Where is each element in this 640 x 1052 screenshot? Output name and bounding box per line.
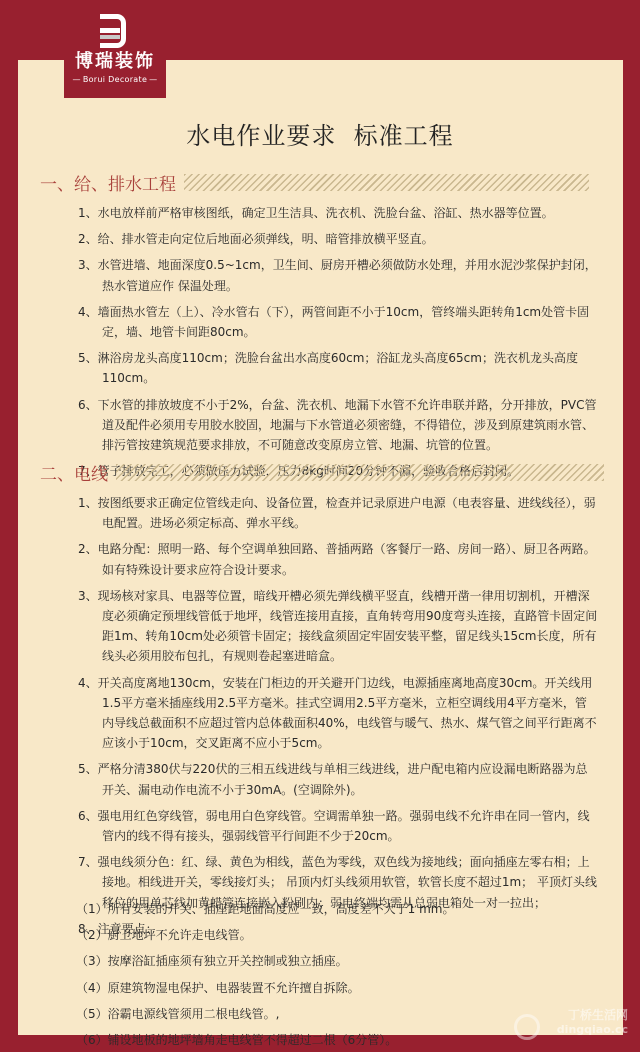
brand-logo: 博瑞装饰 Borui Decorate [64,0,166,98]
note-item: （4）原建筑物湿电保护、电器装置不允许擅自拆除。 [76,978,596,998]
list-item: 5、淋浴房龙头高度110cm；洗脸台盆出水高度60cm；浴缸龙头高度65cm；洗… [78,348,598,388]
plumbing-requirements-list: 1、水电放样前严格审核图纸，确定卫生洁具、洗衣机、洗脸台盆、浴缸、热水器等位置。… [78,203,598,487]
list-item: 2、电路分配：照明一路、每个空调单独回路、普插两路（客餐厅一路、房间一路）、厨卫… [78,539,598,579]
list-item: 6、下水管的排放坡度不小于2%，台盆、洗衣机、地漏下水管不允许串联并路，分开排放… [78,395,598,456]
brand-name-en: Borui Decorate [71,75,160,84]
section-heading-plumbing: 一、给、排水工程 [40,170,589,195]
note-item: （1）所有安装的开关、插座距地面高度应一致，高度差不大于1 mm。 [76,899,596,919]
list-item: 4、开关高度离地130cm，安装在门柜边的开关避开门边线，电源插座离地高度30c… [78,673,598,754]
section-heading-label: 一、给、排水工程 [40,170,176,195]
brand-name-cn: 博瑞装饰 [75,52,155,72]
hatch-divider [116,464,604,481]
list-item: 4、墙面热水管左（上）、冷水管右（下），两管间距不小于10cm，管终端头距转角1… [78,302,598,342]
watermark: 丁桥生活网 dingqiao.cc [508,1006,628,1050]
section-heading-label: 二、电线 [40,460,108,485]
list-item: 3、水管进墙、地面深度0.5~1cm，卫生间、厨房开槽必须做防水处理，并用水泥沙… [78,255,598,295]
list-item: 6、强电用红色穿线管，弱电用白色穿线管。空调需单独一路。强弱电线不允许串在同一管… [78,806,598,846]
list-item: 1、水电放样前严格审核图纸，确定卫生洁具、洗衣机、洗脸台盆、浴缸、热水器等位置。 [78,203,598,223]
list-item: 2、给、排水管走向定位后地面必须弹线，明、暗管排放横平竖直。 [78,229,598,249]
list-item: 3、现场核对家具、电器等位置，暗线开槽必须先弹线横平竖直，线槽开凿一律用切割机，… [78,586,598,667]
section-heading-electrical: 二、电线 [40,460,604,485]
watermark-logo-icon [514,1014,540,1040]
page-title: 水电作业要求 标准工程 [0,116,640,151]
b-logo-icon [100,14,130,48]
hatch-divider [184,174,589,191]
note-item: （2）厨卫地坪不允许走电线管。 [76,925,596,945]
note-item: （3）按摩浴缸插座须有独立开关控制或独立插座。 [76,951,596,971]
electrical-requirements-list: 1、按图纸要求正确定位管线走向、设备位置，检查并记录原进户电源（电表容量、进线线… [78,493,598,945]
list-item: 5、严格分清380伏与220伏的三相五线进线与单相三线进线，进户配电箱内应设漏电… [78,759,598,799]
watermark-domain: dingqiao.cc [557,1023,628,1036]
list-item: 1、按图纸要求正确定位管线走向、设备位置，检查并记录原进户电源（电表容量、进线线… [78,493,598,533]
